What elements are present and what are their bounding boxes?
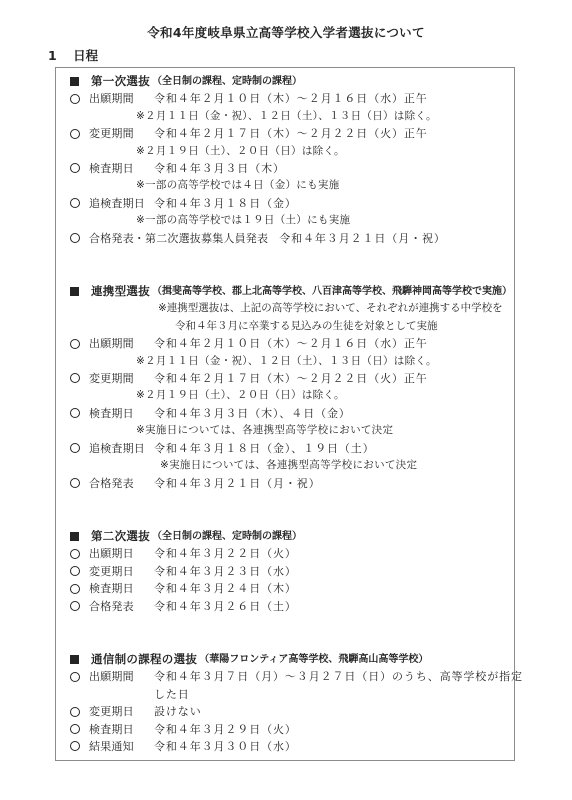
item-value-line: 令和４年３月２２日（火） bbox=[154, 545, 297, 562]
item-label: 出願期間 bbox=[89, 90, 154, 107]
schedule-item-row: 合格発表・第二次選抜募集人員発表令和４年３月２１日（月・祝） bbox=[56, 230, 514, 247]
schedule-item-row: 検査期日令和４年３月２４日（木） bbox=[56, 580, 514, 597]
item-label: 結果通知 bbox=[89, 738, 154, 755]
item-value-line: 令和４年３月２４日（木） bbox=[154, 580, 297, 597]
item-label: 合格発表 bbox=[89, 598, 154, 615]
section-title: 第一次選抜 bbox=[91, 73, 150, 90]
section-subtitle: （全日制の課程、定時制の課程） bbox=[152, 528, 302, 545]
item-value-line: 令和４年２月１７日（木）～２月２２日（火）正午 bbox=[154, 125, 428, 142]
item-label: 変更期間 bbox=[89, 370, 154, 387]
schedule-box: 第一次選抜（全日制の課程、定時制の課程）出願期間令和４年２月１０日（木）～２月１… bbox=[55, 67, 515, 761]
item-value: 令和４年３月２４日（木） bbox=[154, 580, 297, 597]
item-value-line: 設けない bbox=[154, 703, 202, 720]
item-value-line: 令和４年３月３日（木） bbox=[154, 160, 285, 177]
item-value-line: 令和４年２月１７日（木）～２月２２日（火）正午 bbox=[154, 370, 428, 387]
item-note: ※実施日については、各連携型高等学校において決定 bbox=[56, 422, 514, 439]
circle-bullet-icon bbox=[70, 724, 80, 734]
selection-section: 第二次選抜（全日制の課程、定時制の課程）出願期日令和４年３月２２日（火）変更期日… bbox=[56, 528, 514, 615]
item-note: ※２月１１日（金・祝）、１２日（土）、１３日（日）は除く。 bbox=[56, 108, 514, 125]
item-value-line: 令和４年２月１０日（木）～２月１６日（水）正午 bbox=[154, 335, 428, 352]
item-label: 変更期日 bbox=[89, 703, 154, 720]
item-value: 設けない bbox=[154, 703, 202, 720]
schedule-item-row: 出願期間令和４年２月１０日（木）～２月１６日（水）正午 bbox=[56, 90, 514, 107]
schedule-item-row: 追検査期日令和４年３月１８日（金）、１９日（土） bbox=[56, 440, 514, 457]
schedule-item-row: 追検査期日令和４年３月１８日（金） bbox=[56, 195, 514, 212]
item-value-line: 令和４年３月３０日（水） bbox=[154, 738, 297, 755]
item-value-line: 令和４年３月１８日（金）、１９日（土） bbox=[154, 440, 375, 457]
section-note: ※連携型選抜は、上記の高等学校において、それぞれが連携する中学校を bbox=[56, 300, 514, 317]
document-page: 令和4年度岐阜県立高等学校入学者選抜について 1 日程 第一次選抜（全日制の課程… bbox=[0, 0, 572, 800]
schedule-item-row: 変更期間令和４年２月１７日（木）～２月２２日（火）正午 bbox=[56, 370, 514, 387]
section-header: 通信制の課程の選抜（華陽フロンティア高等学校、飛騨高山高等学校） bbox=[56, 651, 514, 668]
circle-bullet-icon bbox=[70, 408, 80, 418]
item-value-line: 令和４年３月１８日（金） bbox=[154, 195, 297, 212]
circle-bullet-icon bbox=[70, 601, 80, 611]
circle-bullet-icon bbox=[70, 129, 80, 139]
item-value: 令和４年３月２１日（月・祝） bbox=[154, 475, 321, 492]
item-label: 変更期間 bbox=[89, 125, 154, 142]
selection-section: 第一次選抜（全日制の課程、定時制の課程）出願期間令和４年２月１０日（木）～２月１… bbox=[56, 73, 514, 247]
schedule-item-row: 出願期間令和４年３月７日（月）～３月２７日（日）のうち、高等学校が指定した日 bbox=[56, 668, 514, 703]
item-value: 令和４年２月１７日（木）～２月２２日（火）正午 bbox=[154, 125, 428, 142]
item-value-line: 令和４年３月２６日（土） bbox=[154, 598, 297, 615]
item-label: 追検査期日 bbox=[89, 195, 154, 212]
item-value: 令和４年３月２１日（月・祝） bbox=[279, 230, 446, 247]
item-note: ※２月１９日（土）、２０日（日）は除く。 bbox=[56, 143, 514, 160]
item-value-line: 令和４年３月２３日（水） bbox=[154, 563, 297, 580]
section-subtitle: （華陽フロンティア高等学校、飛騨高山高等学校） bbox=[199, 651, 428, 668]
item-label: 出願期日 bbox=[89, 545, 154, 562]
item-value: 令和４年３月２６日（土） bbox=[154, 598, 297, 615]
schedule-item-row: 変更期日設けない bbox=[56, 703, 514, 720]
section-header: 連携型選抜（揖斐高等学校、郡上北高等学校、八百津高等学校、飛騨神岡高等学校で実施… bbox=[56, 283, 514, 300]
section-title: 通信制の課程の選抜 bbox=[91, 651, 197, 668]
circle-bullet-icon bbox=[70, 707, 80, 717]
item-value-line: 令和４年３月７日（月）～３月２７日（日）のうち、高等学校が指定 bbox=[154, 668, 523, 685]
item-note: ※一部の高等学校では１９日（土）にも実施 bbox=[56, 212, 514, 229]
schedule-item-row: 合格発表令和４年３月２６日（土） bbox=[56, 598, 514, 615]
section-title: 第二次選抜 bbox=[91, 528, 150, 545]
schedule-item-row: 出願期間令和４年２月１０日（木）～２月１６日（水）正午 bbox=[56, 335, 514, 352]
item-value-line: した日 bbox=[154, 686, 523, 703]
item-value-line: 令和４年３月２９日（火） bbox=[154, 721, 297, 738]
schedule-item-row: 検査期日令和４年３月２９日（火） bbox=[56, 721, 514, 738]
circle-bullet-icon bbox=[70, 163, 80, 173]
item-value-line: 令和４年３月２１日（月・祝） bbox=[154, 475, 321, 492]
item-value-line: 令和４年２月１０日（木）～２月１６日（水）正午 bbox=[154, 90, 428, 107]
item-value-line: 令和４年３月２１日（月・祝） bbox=[279, 230, 446, 247]
square-bullet-icon bbox=[70, 77, 79, 86]
item-value: 令和４年３月３日（木） bbox=[154, 160, 285, 177]
circle-bullet-icon bbox=[70, 198, 80, 208]
section-header: 第一次選抜（全日制の課程、定時制の課程） bbox=[56, 73, 514, 90]
item-value: 令和４年２月１０日（木）～２月１６日（水）正午 bbox=[154, 335, 428, 352]
item-value: 令和４年３月２９日（火） bbox=[154, 721, 297, 738]
square-bullet-icon bbox=[70, 655, 79, 664]
circle-bullet-icon bbox=[70, 443, 80, 453]
schedule-item-row: 合格発表令和４年３月２１日（月・祝） bbox=[56, 475, 514, 492]
item-value: 令和４年３月２３日（水） bbox=[154, 563, 297, 580]
item-label: 変更期日 bbox=[89, 563, 154, 580]
heading-number: 1 bbox=[48, 48, 57, 63]
section-header: 第二次選抜（全日制の課程、定時制の課程） bbox=[56, 528, 514, 545]
item-label: 検査期日 bbox=[89, 160, 154, 177]
section-subtitle: （全日制の課程、定時制の課程） bbox=[152, 73, 302, 90]
item-label: 出願期間 bbox=[89, 668, 154, 685]
circle-bullet-icon bbox=[70, 233, 80, 243]
item-note: ※一部の高等学校では４日（金）にも実施 bbox=[56, 177, 514, 194]
square-bullet-icon bbox=[70, 532, 79, 541]
selection-section: 連携型選抜（揖斐高等学校、郡上北高等学校、八百津高等学校、飛騨神岡高等学校で実施… bbox=[56, 283, 514, 492]
circle-bullet-icon bbox=[70, 672, 80, 682]
item-value: 令和４年２月１７日（木）～２月２２日（火）正午 bbox=[154, 370, 428, 387]
section-subtitle: （揖斐高等学校、郡上北高等学校、八百津高等学校、飛騨神岡高等学校で実施） bbox=[152, 283, 512, 300]
item-label: 合格発表・第二次選抜募集人員発表 bbox=[89, 230, 268, 247]
item-value: 令和４年３月３日（木）、４日（金） bbox=[154, 405, 351, 422]
item-label: 検査期日 bbox=[89, 721, 154, 738]
item-value: 令和４年３月３０日（水） bbox=[154, 738, 297, 755]
circle-bullet-icon bbox=[70, 566, 80, 576]
item-note: ※実施日については、各連携型高等学校において決定 bbox=[56, 457, 514, 474]
item-value: 令和４年２月１０日（木）～２月１６日（水）正午 bbox=[154, 90, 428, 107]
schedule-item-row: 出願期日令和４年３月２２日（火） bbox=[56, 545, 514, 562]
schedule-item-row: 結果通知令和４年３月３０日（水） bbox=[56, 738, 514, 755]
circle-bullet-icon bbox=[70, 373, 80, 383]
square-bullet-icon bbox=[70, 287, 79, 296]
section-title: 連携型選抜 bbox=[91, 283, 150, 300]
heading-label: 日程 bbox=[73, 48, 98, 63]
schedule-item-row: 検査期日令和４年３月３日（木）、４日（金） bbox=[56, 405, 514, 422]
circle-bullet-icon bbox=[70, 741, 80, 751]
schedule-item-row: 検査期日令和４年３月３日（木） bbox=[56, 160, 514, 177]
circle-bullet-icon bbox=[70, 339, 80, 349]
item-value-line: 令和４年３月３日（木）、４日（金） bbox=[154, 405, 351, 422]
schedule-item-row: 変更期間令和４年２月１７日（木）～２月２２日（火）正午 bbox=[56, 125, 514, 142]
item-note: ※２月１１日（金・祝）、１２日（土）、１３日（日）は除く。 bbox=[56, 353, 514, 370]
item-value: 令和４年３月２２日（火） bbox=[154, 545, 297, 562]
selection-section: 通信制の課程の選抜（華陽フロンティア高等学校、飛騨高山高等学校）出願期間令和４年… bbox=[56, 651, 514, 755]
schedule-heading: 1 日程 bbox=[48, 46, 98, 64]
item-label: 出願期間 bbox=[89, 335, 154, 352]
document-title: 令和4年度岐阜県立高等学校入学者選抜について bbox=[0, 23, 572, 41]
item-value: 令和４年３月１８日（金） bbox=[154, 195, 297, 212]
circle-bullet-icon bbox=[70, 94, 80, 104]
item-label: 検査期日 bbox=[89, 580, 154, 597]
item-label: 検査期日 bbox=[89, 405, 154, 422]
item-value: 令和４年３月１８日（金）、１９日（土） bbox=[154, 440, 375, 457]
circle-bullet-icon bbox=[70, 478, 80, 488]
item-note: ※２月１９日（土）、２０日（日）は除く。 bbox=[56, 387, 514, 404]
item-label: 追検査期日 bbox=[89, 440, 154, 457]
item-value: 令和４年３月７日（月）～３月２７日（日）のうち、高等学校が指定した日 bbox=[154, 668, 523, 703]
section-note: 令和４年３月に卒業する見込みの生徒を対象として実施 bbox=[56, 318, 514, 335]
schedule-item-row: 変更期日令和４年３月２３日（水） bbox=[56, 563, 514, 580]
circle-bullet-icon bbox=[70, 584, 80, 594]
circle-bullet-icon bbox=[70, 549, 80, 559]
item-label: 合格発表 bbox=[89, 475, 154, 492]
